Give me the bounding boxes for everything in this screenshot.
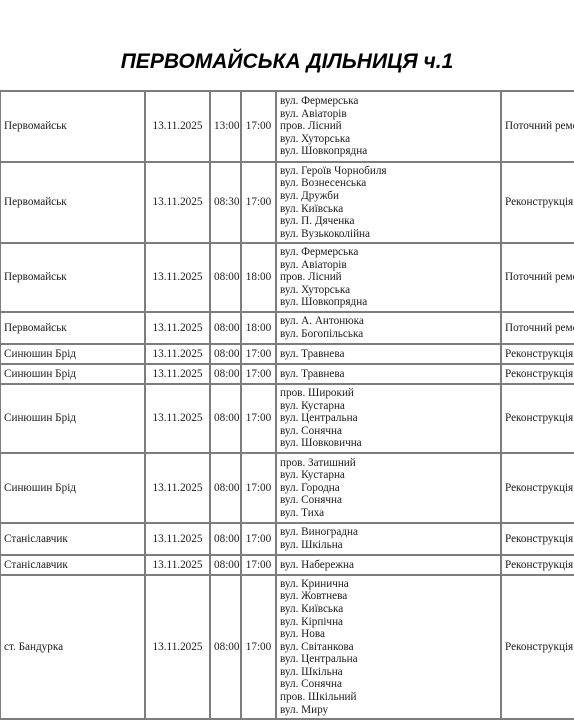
date-cell: 13.11.2025 <box>145 384 210 453</box>
streets-cell: вул. Криничнавул. Жовтневавул. Київськав… <box>276 575 501 719</box>
street-name: вул. Травнева <box>280 368 497 381</box>
schedule-body: Первомайськ13.11.202513:0017:00вул. Ферм… <box>0 91 574 719</box>
street-name: вул. Сонячна <box>280 678 497 691</box>
date-cell: 13.11.2025 <box>145 312 210 344</box>
end-time-cell: 17:00 <box>241 575 276 719</box>
street-name: вул. Вузькоколійна <box>280 228 497 241</box>
work-type-cell: Реконструкція <box>501 364 574 384</box>
end-time-cell: 18:00 <box>241 312 276 344</box>
street-name: вул. Кустарна <box>280 469 497 482</box>
street-name: пров. Затишний <box>280 457 497 470</box>
start-time-cell: 08:00 <box>210 523 241 555</box>
date-cell: 13.11.2025 <box>145 243 210 312</box>
work-type-cell: Поточний ремонт <box>501 91 574 162</box>
street-name: вул. Дружби <box>280 190 497 203</box>
street-name: вул. Хуторська <box>280 284 497 297</box>
date-cell: 13.11.2025 <box>145 575 210 719</box>
table-row: Станіславчик13.11.202508:0017:00вул. Наб… <box>0 555 574 575</box>
table-row: Синюшин Брід13.11.202508:0017:00вул. Тра… <box>0 364 574 384</box>
start-time-cell: 08:00 <box>210 453 241 523</box>
start-time-cell: 08:00 <box>210 312 241 344</box>
street-name: вул. Кірпічна <box>280 616 497 629</box>
locality-cell: Синюшин Брід <box>0 364 145 384</box>
start-time-cell: 08:00 <box>210 344 241 364</box>
locality-cell: Синюшин Брід <box>0 384 145 453</box>
table-row: Станіславчик13.11.202508:0017:00вул. Вин… <box>0 523 574 555</box>
table-row: ст. Бандурка13.11.202508:0017:00вул. Кри… <box>0 575 574 719</box>
end-time-cell: 17:00 <box>241 555 276 575</box>
start-time-cell: 08:00 <box>210 384 241 453</box>
street-name: вул. Нова <box>280 628 497 641</box>
street-name: вул. Кринична <box>280 578 497 591</box>
streets-cell: вул. Героїв Чорнобилявул. Вознесенськаву… <box>276 162 501 243</box>
streets-cell: пров. Широкийвул. Кустарнавул. Центральн… <box>276 384 501 453</box>
table-row: Первомайськ13.11.202508:3017:00вул. Геро… <box>0 162 574 243</box>
street-name: вул. Жовтнева <box>280 590 497 603</box>
locality-cell: Станіславчик <box>0 555 145 575</box>
work-type-cell: Реконструкція <box>501 555 574 575</box>
street-name: вул. Шкільна <box>280 539 497 552</box>
street-name: вул. Тиха <box>280 507 497 520</box>
date-cell: 13.11.2025 <box>145 162 210 243</box>
date-cell: 13.11.2025 <box>145 91 210 162</box>
street-name: пров. Широкий <box>280 387 497 400</box>
start-time-cell: 08:00 <box>210 555 241 575</box>
outage-schedule-table: Первомайськ13.11.202513:0017:00вул. Ферм… <box>0 90 574 720</box>
street-name: вул. Фермерська <box>280 95 497 108</box>
table-row: Первомайськ13.11.202513:0017:00вул. Ферм… <box>0 91 574 162</box>
work-type-cell: Реконструкція <box>501 162 574 243</box>
street-name: пров. Шкільний <box>280 691 497 704</box>
end-time-cell: 17:00 <box>241 523 276 555</box>
table-row: Синюшин Брід13.11.202508:0017:00пров. Ши… <box>0 384 574 453</box>
street-name: вул. А. Антонюка <box>280 315 497 328</box>
locality-cell: Синюшин Брід <box>0 453 145 523</box>
date-cell: 13.11.2025 <box>145 523 210 555</box>
streets-cell: вул. Набережна <box>276 555 501 575</box>
work-type-cell: Реконструкція <box>501 575 574 719</box>
locality-cell: Первомайськ <box>0 243 145 312</box>
date-cell: 13.11.2025 <box>145 344 210 364</box>
start-time-cell: 13:00 <box>210 91 241 162</box>
streets-cell: вул. Фермерськавул. Авіаторівпров. Лісни… <box>276 243 501 312</box>
street-name: вул. Сонячна <box>280 425 497 438</box>
streets-cell: вул. Фермерськавул. Авіаторівпров. Лісни… <box>276 91 501 162</box>
street-name: пров. Лісний <box>280 271 497 284</box>
work-type-cell: Реконструкція <box>501 453 574 523</box>
start-time-cell: 08:00 <box>210 575 241 719</box>
street-name: вул. Кустарна <box>280 400 497 413</box>
street-name: вул. Шкільна <box>280 666 497 679</box>
end-time-cell: 17:00 <box>241 453 276 523</box>
start-time-cell: 08:30 <box>210 162 241 243</box>
street-name: вул. Центральна <box>280 653 497 666</box>
street-name: вул. Вознесенська <box>280 177 497 190</box>
start-time-cell: 08:00 <box>210 243 241 312</box>
locality-cell: Первомайськ <box>0 162 145 243</box>
date-cell: 13.11.2025 <box>145 453 210 523</box>
work-type-cell: Поточний ремонт <box>501 243 574 312</box>
street-name: вул. Київська <box>280 603 497 616</box>
locality-cell: Станіславчик <box>0 523 145 555</box>
street-name: вул. Шовкопрядна <box>280 145 497 158</box>
street-name: вул. Сонячна <box>280 494 497 507</box>
street-name: пров. Лісний <box>280 120 497 133</box>
street-name: вул. Городна <box>280 482 497 495</box>
start-time-cell: 08:00 <box>210 364 241 384</box>
street-name: вул. Миру <box>280 704 497 717</box>
date-cell: 13.11.2025 <box>145 555 210 575</box>
street-name: вул. Богопільська <box>280 328 497 341</box>
street-name: вул. Авіаторів <box>280 108 497 121</box>
end-time-cell: 17:00 <box>241 91 276 162</box>
end-time-cell: 17:00 <box>241 364 276 384</box>
street-name: вул. Світанкова <box>280 641 497 654</box>
street-name: вул. Авіаторів <box>280 259 497 272</box>
end-time-cell: 17:00 <box>241 344 276 364</box>
streets-cell: вул. Травнева <box>276 344 501 364</box>
locality-cell: ст. Бандурка <box>0 575 145 719</box>
work-type-cell: Реконструкція <box>501 384 574 453</box>
locality-cell: Первомайськ <box>0 312 145 344</box>
table-row: Первомайськ13.11.202508:0018:00вул. Ферм… <box>0 243 574 312</box>
streets-cell: пров. Затишнийвул. Кустарнавул. Городнав… <box>276 453 501 523</box>
end-time-cell: 17:00 <box>241 384 276 453</box>
street-name: вул. Шовкопрядна <box>280 296 497 309</box>
street-name: вул. Центральна <box>280 412 497 425</box>
street-name: вул. Фермерська <box>280 246 497 259</box>
street-name: вул. Хуторська <box>280 133 497 146</box>
work-type-cell: Поточний ремонт <box>501 312 574 344</box>
street-name: вул. Київська <box>280 203 497 216</box>
end-time-cell: 18:00 <box>241 243 276 312</box>
table-row: Синюшин Брід13.11.202508:0017:00пров. За… <box>0 453 574 523</box>
streets-cell: вул. Винограднавул. Шкільна <box>276 523 501 555</box>
document-title: ПЕРВОМАЙСЬКА ДІЛЬНИЦЯ ч.1 <box>0 50 574 74</box>
locality-cell: Первомайськ <box>0 91 145 162</box>
date-cell: 13.11.2025 <box>145 364 210 384</box>
street-name: вул. П. Дяченка <box>280 215 497 228</box>
street-name: вул. Набережна <box>280 559 497 572</box>
work-type-cell: Реконструкція <box>501 523 574 555</box>
street-name: вул. Шовковична <box>280 437 497 450</box>
street-name: вул. Героїв Чорнобиля <box>280 165 497 178</box>
street-name: вул. Виноградна <box>280 526 497 539</box>
end-time-cell: 17:00 <box>241 162 276 243</box>
street-name: вул. Травнева <box>280 348 497 361</box>
streets-cell: вул. А. Антонюкавул. Богопільська <box>276 312 501 344</box>
table-row: Первомайськ13.11.202508:0018:00вул. А. А… <box>0 312 574 344</box>
work-type-cell: Реконструкція <box>501 344 574 364</box>
locality-cell: Синюшин Брід <box>0 344 145 364</box>
table-row: Синюшин Брід13.11.202508:0017:00вул. Тра… <box>0 344 574 364</box>
streets-cell: вул. Травнева <box>276 364 501 384</box>
